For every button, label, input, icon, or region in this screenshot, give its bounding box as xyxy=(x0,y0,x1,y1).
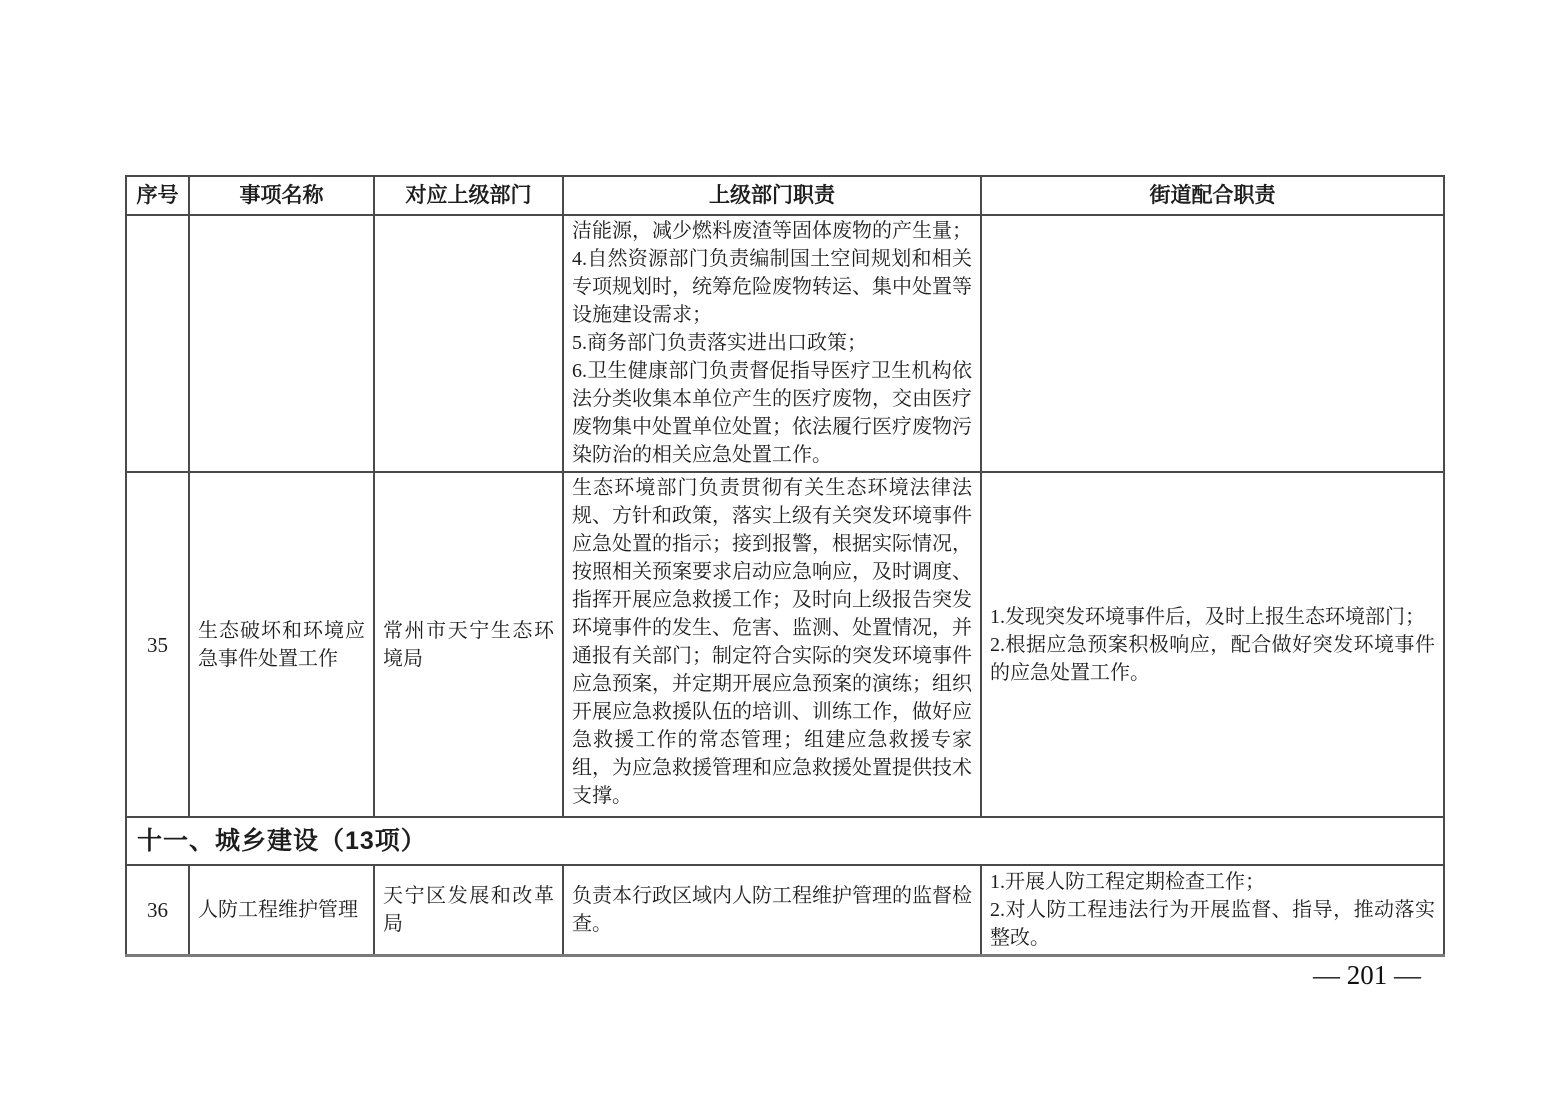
row-item-35: 35 生态破坏和环境应急事件处置工作 常州市天宁生态环境局 生态环境部门负责贯彻… xyxy=(126,472,1444,817)
header-cell-item-name: 事项名称 xyxy=(189,176,374,215)
item-name-cell: 人防工程维护管理 xyxy=(189,865,374,956)
superior-dept-cell xyxy=(374,215,563,472)
street-duty-cell: 1.开展人防工程定期检查工作； 2.对人防工程违法行为开展监督、指导，推动落实整… xyxy=(981,865,1444,956)
table-header-row: 序号 事项名称 对应上级部门 上级部门职责 街道配合职责 xyxy=(126,176,1444,215)
section-title-cell: 十一、城乡建设（13项） xyxy=(126,817,1444,865)
row-section-header: 十一、城乡建设（13项） xyxy=(126,817,1444,865)
superior-dept-cell: 天宁区发展和改革局 xyxy=(374,865,563,956)
header-cell-street-duty: 街道配合职责 xyxy=(981,176,1444,215)
document-page: 序号 事项名称 对应上级部门 上级部门职责 街道配合职责 洁能源，减少燃料废渣等… xyxy=(0,0,1559,1102)
responsibility-table: 序号 事项名称 对应上级部门 上级部门职责 街道配合职责 洁能源，减少燃料废渣等… xyxy=(125,175,1445,957)
row-continuation: 洁能源，减少燃料废渣等固体废物的产生量； 4.自然资源部门负责编制国土空间规划和… xyxy=(126,215,1444,472)
superior-duty-cell: 生态环境部门负责贯彻有关生态环境法律法规、方针和政策，落实上级有关突发环境事件应… xyxy=(563,472,981,817)
item-name-cell: 生态破坏和环境应急事件处置工作 xyxy=(189,472,374,817)
seq-cell: 35 xyxy=(126,472,189,817)
item-name-cell xyxy=(189,215,374,472)
header-cell-superior-dept: 对应上级部门 xyxy=(374,176,563,215)
seq-cell: 36 xyxy=(126,865,189,956)
header-cell-seq: 序号 xyxy=(126,176,189,215)
street-duty-cell: 1.发现突发环境事件后，及时上报生态环境部门； 2.根据应急预案积极响应，配合做… xyxy=(981,472,1444,817)
street-duty-cell xyxy=(981,215,1444,472)
superior-duty-cell: 负责本行政区域内人防工程维护管理的监督检查。 xyxy=(563,865,981,956)
page-number: — 201 — xyxy=(1313,960,1421,991)
row-item-36: 36 人防工程维护管理 天宁区发展和改革局 负责本行政区域内人防工程维护管理的监… xyxy=(126,865,1444,956)
superior-duty-cell: 洁能源，减少燃料废渣等固体废物的产生量； 4.自然资源部门负责编制国土空间规划和… xyxy=(563,215,981,472)
header-cell-superior-duty: 上级部门职责 xyxy=(563,176,981,215)
seq-cell xyxy=(126,215,189,472)
superior-dept-cell: 常州市天宁生态环境局 xyxy=(374,472,563,817)
